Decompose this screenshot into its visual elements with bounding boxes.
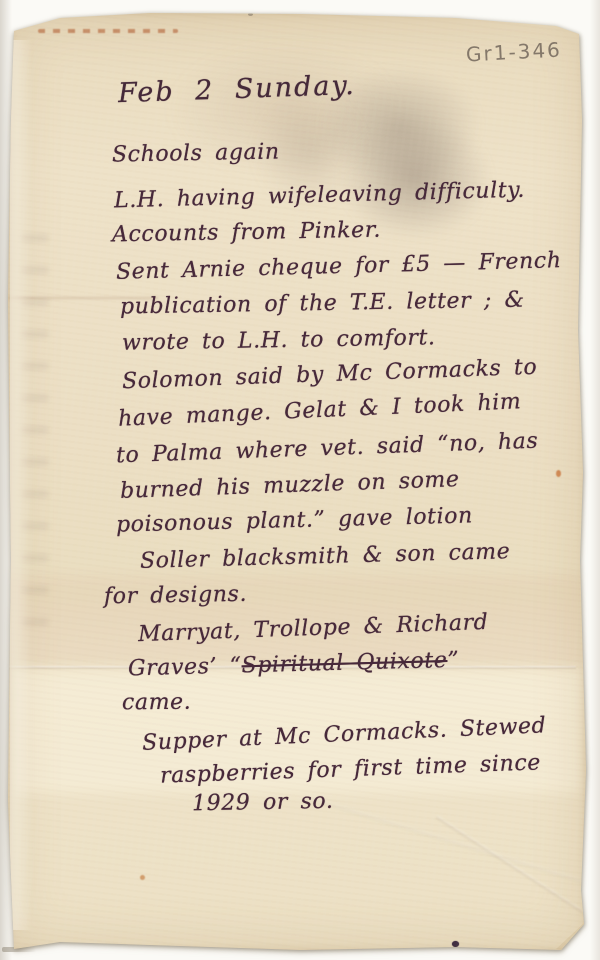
diary-line: poisonous plant.” gave lotion xyxy=(116,503,473,537)
diary-line: Marryat, Trollope & Richard xyxy=(138,610,489,647)
diary-line: Accounts from Pinker. xyxy=(112,218,381,248)
scanned-page-wrapper: Gr1-346 Feb 2 Sunday. Schools again L.H.… xyxy=(0,0,600,960)
diary-line: have mange. Gelat & I took him xyxy=(118,389,522,432)
date-heading: Feb 2 Sunday. xyxy=(118,70,357,109)
diary-line: Supper at Mc Cormacks. Stewed xyxy=(142,713,547,756)
archival-number: Gr1-346 xyxy=(465,38,562,67)
diary-line-text: ” xyxy=(447,648,460,673)
diary-line: 1929 or so. xyxy=(192,789,334,816)
diary-line: to Palma where vet. said “no, has xyxy=(116,429,539,469)
diary-line: L.H. having wifeleaving difficulty. xyxy=(114,178,526,214)
diary-line: publication of the T.E. letter ; & xyxy=(120,287,525,319)
diary-line-text: Graves’ “ xyxy=(128,653,242,681)
diary-page: Gr1-346 Feb 2 Sunday. Schools again L.H.… xyxy=(0,0,600,960)
diary-line: Schools again xyxy=(112,140,280,168)
struck-through-text: Spiritual Quixote xyxy=(241,648,447,678)
handwriting-layer: Gr1-346 Feb 2 Sunday. Schools again L.H.… xyxy=(0,0,600,960)
diary-line: raspberries for first time since xyxy=(160,750,542,788)
diary-line: burned his muzzle on some xyxy=(120,467,460,504)
diary-line: Solomon said by Mc Cormacks to xyxy=(122,355,538,394)
diary-line: wrote to L.H. to comfort. xyxy=(122,325,436,355)
diary-line: Sent Arnie cheque for £5 — French xyxy=(116,248,562,285)
diary-line: Soller blacksmith & son came xyxy=(140,539,511,574)
diary-line: Graves’ “Spiritual Quixote” xyxy=(128,648,460,682)
diary-line: came. xyxy=(122,690,192,716)
diary-line: for designs. xyxy=(104,582,247,609)
